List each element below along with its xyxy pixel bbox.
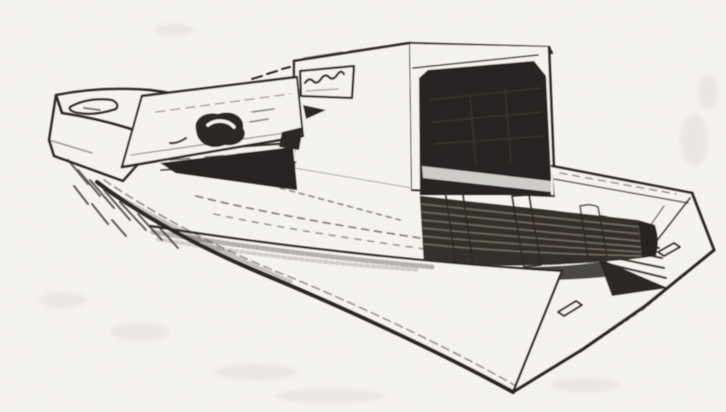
illustration-canvas <box>0 0 726 412</box>
scanned-page <box>0 0 726 412</box>
scan-grain-overlay <box>0 0 726 412</box>
